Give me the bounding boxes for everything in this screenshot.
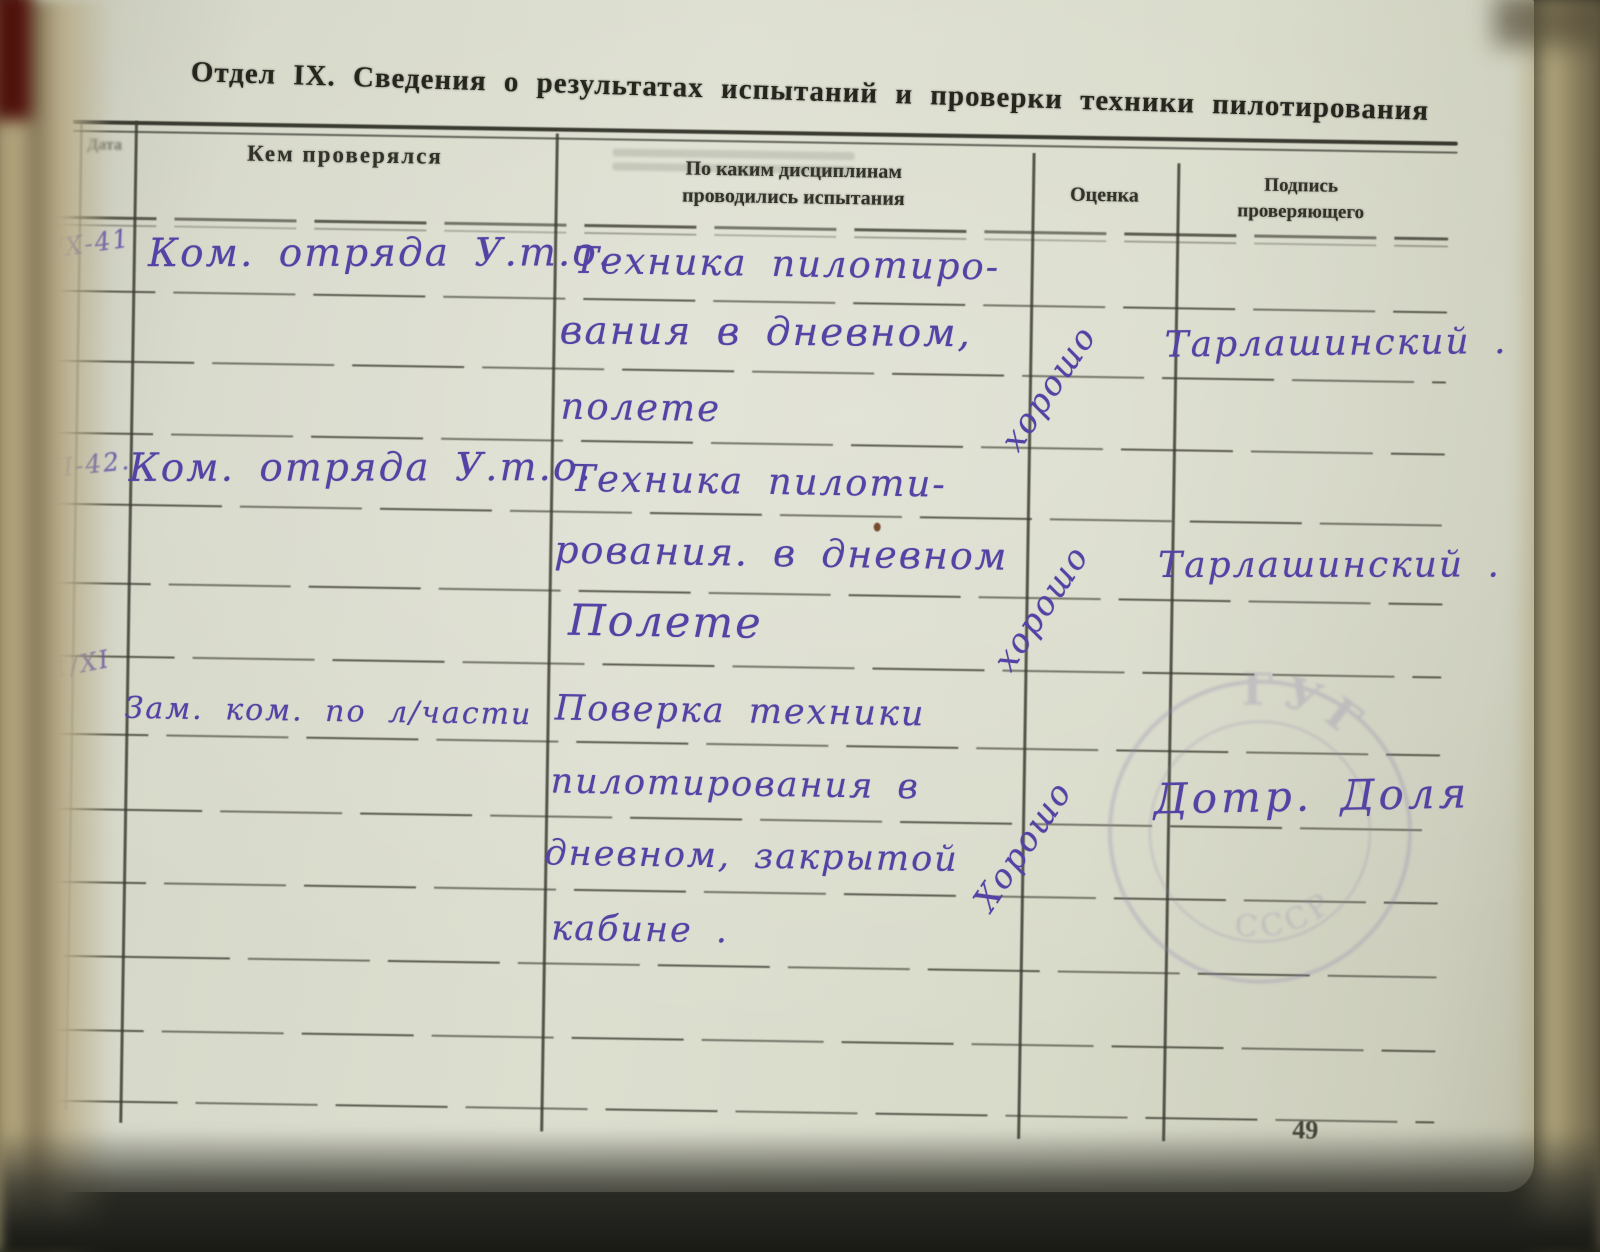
column-divider bbox=[64, 120, 83, 1110]
row1-signature: Тарлашинский . bbox=[1164, 321, 1507, 366]
column-divider bbox=[540, 134, 559, 1132]
col-header-examiner: Кем проверялся bbox=[134, 139, 555, 172]
col-header-date: Дата bbox=[75, 136, 133, 155]
row1-examiner: Ком. отряда У.т.о. bbox=[148, 230, 612, 276]
row1-date: 1/Х-41 bbox=[34, 224, 132, 266]
svg-text:ГУГ: ГУГ bbox=[1228, 631, 1386, 778]
row2-discipline-line: Полете bbox=[568, 596, 763, 649]
row3-discipline-line: кабине . bbox=[551, 909, 729, 952]
row2-date: 9/VI-42. bbox=[13, 446, 132, 487]
row3-discipline-line: пилотирования в bbox=[550, 762, 920, 808]
paper-speck bbox=[874, 523, 881, 532]
column-divider bbox=[119, 121, 138, 1123]
scanned-photo: Отдел IX. Сведения о результатах испытан… bbox=[0, 0, 1600, 1252]
row2-discipline-line: Техника пилоти- bbox=[570, 457, 947, 506]
row3-signature: Дотр. Доля bbox=[1153, 768, 1471, 823]
row2-signature: Тарлашинский . bbox=[1158, 544, 1501, 586]
row1-grade: хорошо bbox=[992, 318, 1104, 458]
ruled-line bbox=[31, 1099, 1435, 1123]
page-sheet: Отдел IX. Сведения о результатах испытан… bbox=[1, 0, 1536, 1215]
stamp-bottom-text: СССР bbox=[1224, 879, 1344, 956]
row3-discipline-line: Поверка техники bbox=[554, 689, 925, 735]
page-number: 49 bbox=[1292, 1115, 1318, 1145]
col-header-signature: Подпись проверяющего bbox=[1177, 171, 1426, 227]
stamp-top-text: ГУГ bbox=[1228, 631, 1386, 778]
row1-discipline-line: Техника пилотиро- bbox=[574, 239, 1001, 289]
row2-discipline-line: рования. в дневном bbox=[554, 528, 1009, 579]
col-header-signature-line1: Подпись bbox=[1264, 175, 1338, 197]
section-title: Отдел IX. Сведения о результатах испытан… bbox=[190, 56, 1429, 128]
ruled-line bbox=[40, 502, 1444, 526]
ghost-print bbox=[602, 142, 865, 192]
row3-examiner: Зам. ком. по л/части bbox=[124, 691, 532, 732]
col-header-signature-line2: проверяющего bbox=[1237, 200, 1364, 223]
svg-text:СССР: СССР bbox=[1224, 879, 1344, 956]
row3-discipline-line: дневном, закрытой bbox=[544, 833, 959, 880]
ruled-line bbox=[32, 1028, 1436, 1052]
col-header-grade: Оценка bbox=[1032, 183, 1177, 208]
row1-discipline-line: вания в дневном, bbox=[560, 308, 972, 356]
row1-discipline-line: полете bbox=[560, 385, 721, 431]
row2-examiner: Ком. отряда У.т.о. bbox=[129, 445, 593, 491]
document-page: Отдел IX. Сведения о результатах испытан… bbox=[18, 0, 1534, 1192]
